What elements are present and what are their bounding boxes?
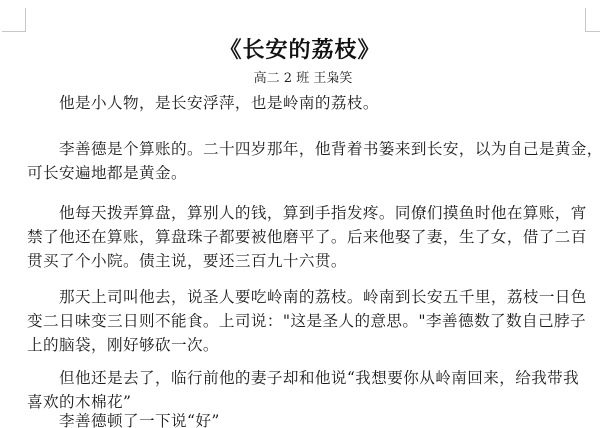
text-line: 贯买了个小院。债主说，要还三百九十六贯。	[27, 250, 587, 272]
crop-mark-top-right-horizontal	[585, 31, 600, 32]
text-line: 他是小人物，是长安浮萍，也是岭南的荔枝。	[59, 92, 600, 114]
document-author-line: 高二 2 班 王枭笑	[0, 70, 600, 88]
text-line: 但他还是去了，临行前他的妻子却和他说“我想要你从岭南回来，给我带我	[59, 367, 600, 389]
text-line: 他每天拨弄算盘，算别人的钱，算到手指发疼。同僚们摸鱼时他在算账，宵	[59, 202, 600, 224]
text-line: 李善德顿了一下说“好”	[59, 410, 600, 428]
crop-mark-top-left-horizontal	[2, 31, 26, 32]
text-line: 可长安遍地都是黄金。	[27, 162, 587, 184]
document-title: 《长安的荔枝》	[0, 36, 600, 66]
text-line: 变二日味变三日则不能食。上司说："这是圣人的意思。"李善德数了数自己脖子	[27, 310, 587, 332]
text-line: 禁了他还在算账，算盘珠子都要被他磨平了。后来他娶了妻，生了女，借了二百	[27, 226, 587, 248]
text-line: 那天上司叫他去，说圣人要吃岭南的荔枝。岭南到长安五千里，荔枝一日色	[59, 286, 600, 308]
text-line: 李善德是个算账的。二十四岁那年，他背着书篓来到长安，以为自己是黄金，	[59, 138, 600, 160]
crop-mark-top-right-vertical	[585, 8, 586, 32]
text-line: 上的脑袋，刚好够砍一次。	[27, 334, 587, 356]
crop-mark-top-left-vertical	[25, 8, 26, 32]
